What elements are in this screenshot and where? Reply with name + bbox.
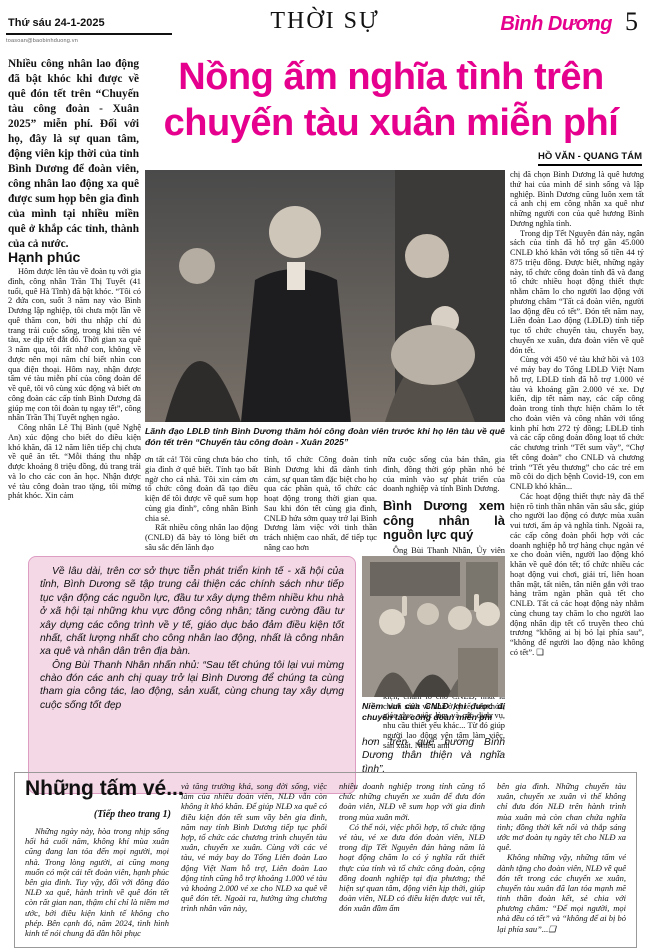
continued-column-4: bên gia đình. Những chuyến tàu xuân, chu… <box>497 781 626 939</box>
continued-column-2: và tăng trưởng khá, song đời sống, việc … <box>181 781 327 939</box>
issue-date: Thứ sáu 24-1-2025 <box>8 17 105 29</box>
paragraph: nhiều doanh nghiệp trong tỉnh cũng tổ ch… <box>339 781 485 822</box>
contact-email: toasoan@baobinhduong.vn <box>6 38 78 44</box>
continued-from-note: (Tiếp theo trang 1) <box>25 809 171 820</box>
continued-story-heading: Những tấm vé... <box>25 777 184 801</box>
paragraph: Những ngày này, hòa trong nhịp sống hối … <box>25 826 169 938</box>
section-title: THỜI SỰ <box>200 8 450 35</box>
quote-paragraph: Ông Bùi Thanh Nhân nhấn nhủ: “Sau tết ch… <box>40 659 344 713</box>
quote-continuation: hơn trên quê hương Bình Dương thân thiện… <box>362 736 505 776</box>
paragraph: ơn tất cả! Tôi cũng chưa báo cho gia đìn… <box>145 455 258 523</box>
paragraph: Hôm được lên tàu về đoàn tụ với gia đình… <box>8 267 141 423</box>
photo2-caption: Niềm vui của CNLĐ khi được đi chuyến tàu… <box>362 701 505 723</box>
paragraph: bên gia đình. Những chuyến tàu xuân, chu… <box>497 781 626 852</box>
newspaper-logo: Bình Dương <box>500 13 612 36</box>
paragraph: và tăng trưởng khá, song đời sống, việc … <box>181 781 327 913</box>
paragraph: chị đã chọn Bình Dương là quê hương thứ … <box>510 170 644 229</box>
subheading-hanh-phuc: Hạnh phúc <box>8 249 80 265</box>
paragraph: Rất nhiều công nhân lao động (CNLĐ) đã b… <box>145 523 258 552</box>
paragraph: Có thể nói, việc phối hợp, tổ chức tặng … <box>339 822 485 914</box>
paragraph: tỉnh, tổ chức Công đoàn tỉnh Bình Dương … <box>264 455 377 553</box>
article-column-2: ơn tất cả! Tôi cũng chưa báo cho gia đìn… <box>145 455 258 557</box>
photo-happy-workers <box>362 556 505 697</box>
quote-paragraph: Về lâu dài, trên cơ sở thực tiễn phát tr… <box>40 565 344 659</box>
article-column-1: Hôm được lên tàu về đoàn tụ với gia đình… <box>8 267 141 555</box>
photo-train-farewell <box>145 170 505 422</box>
article-column-3: tỉnh, tổ chức Công đoàn tỉnh Bình Dương … <box>264 455 377 557</box>
paragraph: Cùng với 450 vé tàu khứ hồi và 103 vé má… <box>510 355 644 492</box>
continued-column-3: nhiều doanh nghiệp trong tỉnh cũng tổ ch… <box>339 781 485 939</box>
newspaper-page: Thứ sáu 24-1-2025 toasoan@baobinhduong.v… <box>0 0 650 952</box>
quote-box: Về lâu dài, trên cơ sở thực tiễn phát tr… <box>28 556 356 794</box>
page-number: 5 <box>625 7 638 37</box>
paragraph: Các hoạt động thiết thực này đã thể hiện… <box>510 492 644 658</box>
photo-placeholder-graphic <box>145 170 505 422</box>
article-headline: Nồng ấm nghĩa tình trên chuyến tàu xuân … <box>136 54 646 147</box>
continued-story-box: Những tấm vé... (Tiếp theo trang 1) Nhữn… <box>14 772 637 948</box>
continued-column-1: Những ngày này, hòa trong nhịp sống hối … <box>25 826 169 938</box>
article-byline: HỒ VĂN - QUANG TÁM <box>538 151 642 166</box>
paragraph: Không những vậy, những tấm vé dành tặng … <box>497 852 626 934</box>
subheading-nguon-luc-quy: Bình Dương xem công nhân là nguồn lực qu… <box>383 499 505 543</box>
header-rule <box>6 33 172 35</box>
paragraph: Trong dịp Tết Nguyên đán này, ngân sách … <box>510 229 644 356</box>
article-column-5: chị đã chọn Bình Dương là quê hương thứ … <box>510 170 644 768</box>
paragraph: Công nhân Lê Thị Bình (quê Nghệ An) xúc … <box>8 423 141 501</box>
paragraph: nữa cuộc sống của bản thân, gia đình, đồ… <box>383 455 505 494</box>
photo1-caption: Lãnh đạo LĐLĐ tỉnh Bình Dương thăm hỏi c… <box>145 426 505 448</box>
article-lead: Nhiều công nhân lao động đã bật khóc khi… <box>8 57 139 252</box>
photo-placeholder-graphic <box>362 556 505 697</box>
